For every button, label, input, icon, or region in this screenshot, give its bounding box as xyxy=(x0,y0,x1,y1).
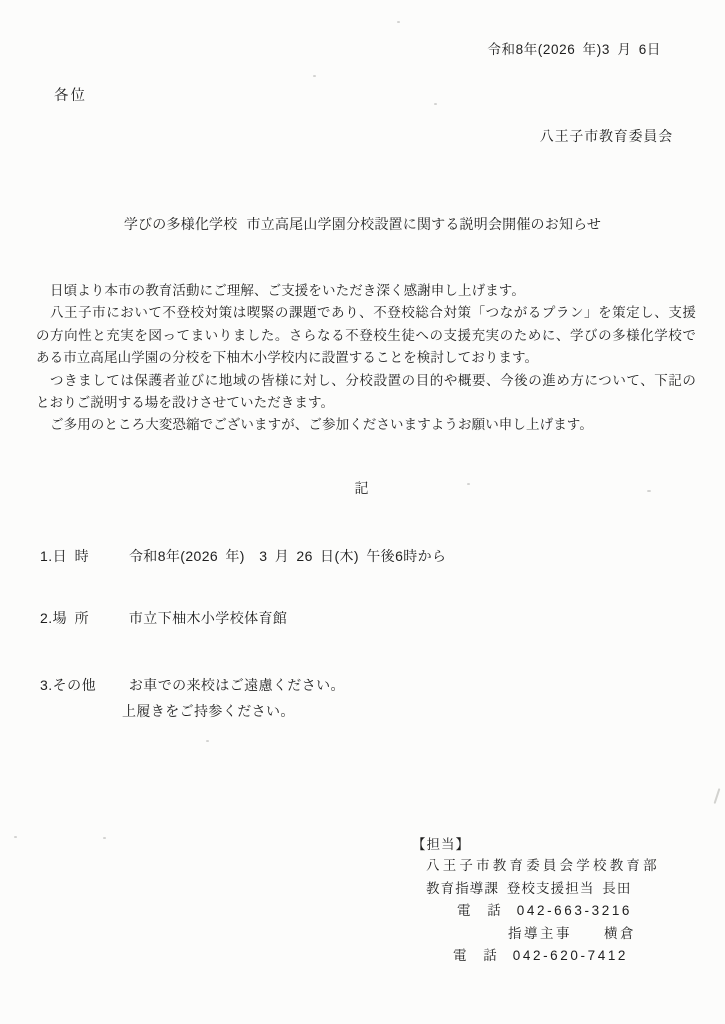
phone-label: 電 話 xyxy=(453,948,500,963)
contact-supervisor: 指導主事横倉 xyxy=(508,922,636,942)
phone-number: 042-620-7412 xyxy=(513,948,628,963)
list-item-other: 3.その他 お車での来校はご遠慮ください。 xyxy=(40,675,345,695)
document-date: 令和8年(2026 年)3 月 6日 xyxy=(487,38,661,58)
contact-phone-2: 電 話042-620-7412 xyxy=(453,944,628,964)
item-label: 1.日 時 xyxy=(40,546,122,566)
scan-speck xyxy=(434,103,437,105)
scan-scratch xyxy=(714,788,720,804)
body-line: とおりご説明する場を設けさせていただきます。 xyxy=(36,392,696,414)
item-value-continued: 上履きをご持参ください。 xyxy=(122,701,295,721)
scan-speck xyxy=(397,21,400,23)
scan-speck xyxy=(647,490,651,492)
body-line: 八王子市において不登校対策は喫緊の課題であり、不登校総合対策「つながるプラン」を… xyxy=(36,302,696,324)
staff-name: 横倉 xyxy=(604,926,636,941)
phone-label: 電 話 xyxy=(457,903,504,918)
phone-number: 042-663-3216 xyxy=(517,903,632,918)
item-value: お車での来校はご遠慮ください。 xyxy=(129,677,345,693)
item-value: 市立下柚木小学校体育館 xyxy=(129,610,287,626)
scan-speck xyxy=(103,837,106,839)
scan-speck xyxy=(14,836,17,838)
recipient-salutation: 各位 xyxy=(54,84,87,105)
scan-speck xyxy=(313,75,316,77)
staff-title: 指導主事 xyxy=(508,926,572,941)
body-line: の方向性と充実を図ってまいりました。さらなる不登校生徒への支援充実のために、学び… xyxy=(36,325,696,347)
sender-organization: 八王子市教育委員会 xyxy=(540,126,673,146)
item-label: 2.場 所 xyxy=(40,608,122,628)
scan-speck xyxy=(467,483,470,485)
contact-department: 八王子市教育委員会学校教育部 xyxy=(426,854,660,874)
item-label: 3.その他 xyxy=(40,675,122,695)
contact-phone-1: 電 話042-663-3216 xyxy=(457,899,632,919)
body-line: ある市立高尾山学園の分校を下柚木小学校内に設置することを検討しております。 xyxy=(36,347,696,369)
body-line: ご多用のところ大変恐縮でございますが、ご参加くださいますようお願い申し上げます。 xyxy=(36,414,696,436)
scan-speck xyxy=(206,740,209,742)
scanned-notice-page: 令和8年(2026 年)3 月 6日 各位 八王子市教育委員会 学びの多様化学校… xyxy=(0,0,725,1024)
contact-section-staff: 教育指導課 登校支援担当 長田 xyxy=(426,877,632,897)
body-text: 日頃より本市の教育活動にご理解、ご支援をいただき深く感謝申し上げます。 八王子市… xyxy=(36,280,696,437)
list-item-datetime: 1.日 時 令和8年(2026 年) 3 月 26 日(木) 午後6時から xyxy=(40,546,446,566)
contact-heading: 【担当】 xyxy=(412,833,470,853)
record-marker: 記 xyxy=(0,478,725,498)
body-line: つきましては保護者並びに地域の皆様に対し、分校設置の目的や概要、今後の進め方につ… xyxy=(36,370,696,392)
body-line: 日頃より本市の教育活動にご理解、ご支援をいただき深く感謝申し上げます。 xyxy=(36,280,696,302)
item-value: 令和8年(2026 年) 3 月 26 日(木) 午後6時から xyxy=(129,548,447,564)
list-item-place: 2.場 所 市立下柚木小学校体育館 xyxy=(40,608,287,628)
document-title: 学びの多様化学校 市立高尾山学園分校設置に関する説明会開催のお知らせ xyxy=(0,214,725,234)
contact-block: 【担当】 八王子市教育委員会学校教育部 教育指導課 登校支援担当 長田 電 話0… xyxy=(412,833,712,973)
